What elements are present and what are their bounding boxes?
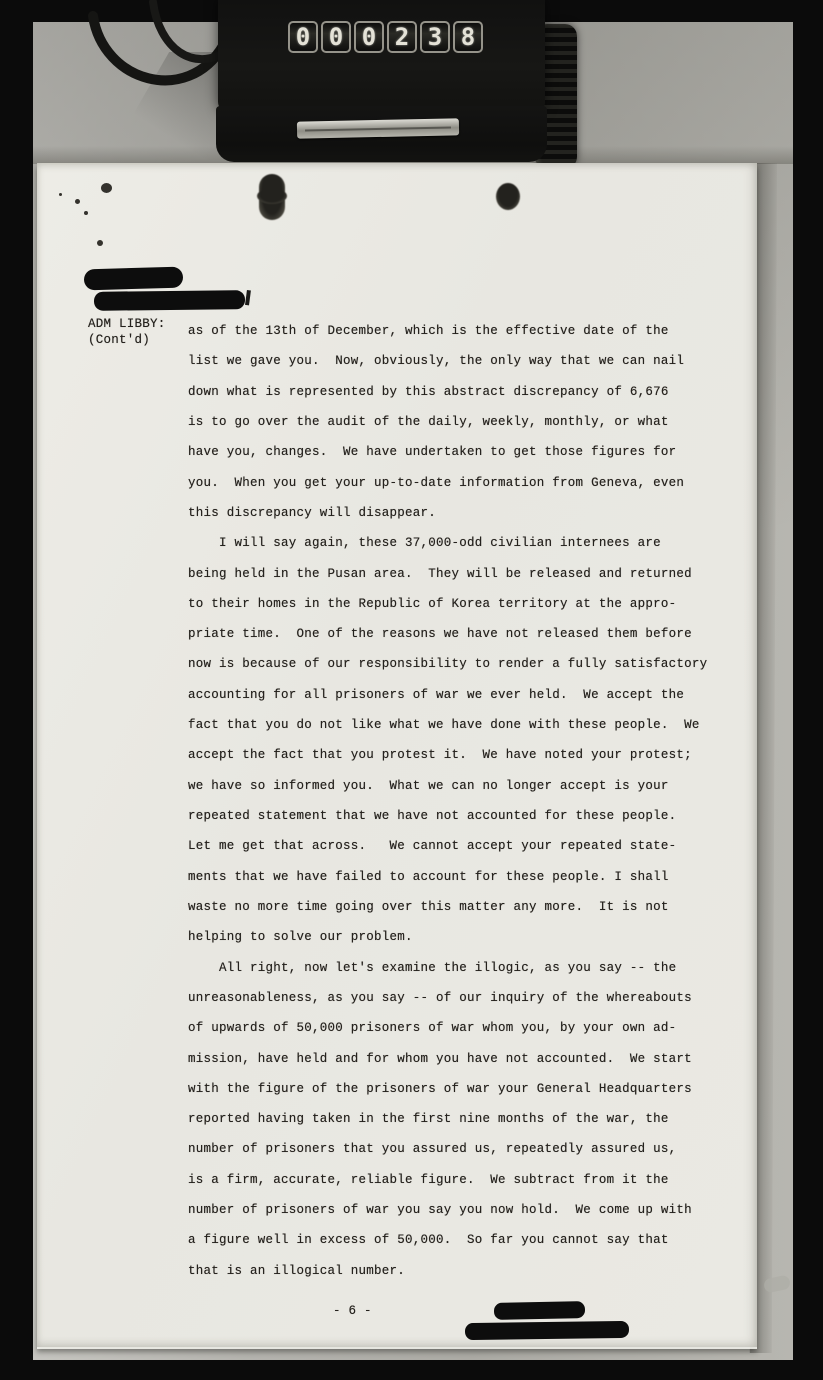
- page-number: - 6 -: [333, 1303, 372, 1319]
- redaction-bar: [84, 267, 184, 291]
- redaction-bar: [494, 1301, 585, 1320]
- speaker-label: ADM LIBBY:(Cont'd): [88, 316, 166, 348]
- typed-line: is a firm, accurate, reliable figure. We…: [188, 1165, 728, 1195]
- typed-line: a figure well in excess of 50,000. So fa…: [188, 1225, 728, 1255]
- ink-speck: [75, 199, 80, 204]
- typed-line: helping to solve our problem.: [188, 922, 728, 952]
- typed-line: have you, changes. We have undertaken to…: [188, 437, 728, 467]
- counter-digit: 2: [387, 21, 417, 53]
- typed-line: now is because of our responsibility to …: [188, 649, 728, 679]
- document-page: ADM LIBBY:(Cont'd) as of the 13th of Dec…: [37, 163, 757, 1347]
- typed-line: ments that we have failed to account for…: [188, 862, 728, 892]
- frame-counter-device: 000238: [218, 0, 545, 112]
- photo-stage: 000238 ADM LIBBY:(Cont'd) as of the 13th…: [0, 0, 823, 1380]
- counter-digit: 8: [453, 21, 483, 53]
- typed-line: waste no more time going over this matte…: [188, 892, 728, 922]
- typed-line: down what is represented by this abstrac…: [188, 377, 728, 407]
- ink-speck: [101, 183, 112, 193]
- speaker-name: ADM LIBBY:: [88, 317, 166, 331]
- typed-body: as of the 13th of December, which is the…: [188, 316, 728, 1286]
- fastener-hole-left: [259, 174, 285, 220]
- typed-line: you. When you get your up-to-date inform…: [188, 468, 728, 498]
- typed-line: as of the 13th of December, which is the…: [188, 316, 728, 346]
- typed-line: accounting for all prisoners of war we e…: [188, 680, 728, 710]
- typed-line: mission, have held and for whom you have…: [188, 1044, 728, 1074]
- typed-line: we have so informed you. What we can no …: [188, 771, 728, 801]
- typed-line: reported having taken in the first nine …: [188, 1104, 728, 1134]
- typed-line: list we gave you. Now, obviously, the on…: [188, 346, 728, 376]
- ink-speck: [97, 240, 103, 246]
- typed-line: accept the fact that you protest it. We …: [188, 740, 728, 770]
- counter-digit: 0: [288, 21, 318, 53]
- counter-digit: 0: [354, 21, 384, 53]
- typed-line: to their homes in the Republic of Korea …: [188, 589, 728, 619]
- typed-line: All right, now let's examine the illogic…: [188, 953, 728, 983]
- counter-digit: 0: [321, 21, 351, 53]
- typed-line: being held in the Pusan area. They will …: [188, 559, 728, 589]
- counter-digits: 000238: [288, 21, 483, 53]
- typed-line: number of prisoners that you assured us,…: [188, 1134, 728, 1164]
- typed-line: priate time. One of the reasons we have …: [188, 619, 728, 649]
- ink-speck: [84, 211, 88, 215]
- ink-speck: [59, 193, 62, 196]
- typed-line: this discrepancy will disappear.: [188, 498, 728, 528]
- typed-line: Let me get that across. We cannot accept…: [188, 831, 728, 861]
- typed-line: with the figure of the prisoners of war …: [188, 1074, 728, 1104]
- redaction-bar: [465, 1321, 629, 1340]
- fastener-hole-right: [496, 183, 520, 210]
- counter-base: [216, 106, 547, 162]
- typed-line: that is an illogical number.: [188, 1256, 728, 1286]
- typed-line: I will say again, these 37,000-odd civil…: [188, 528, 728, 558]
- speaker-continuation: (Cont'd): [88, 333, 150, 347]
- typed-line: is to go over the audit of the daily, we…: [188, 407, 728, 437]
- counter-digit: 3: [420, 21, 450, 53]
- typed-line: number of prisoners of war you say you n…: [188, 1195, 728, 1225]
- typed-line: fact that you do not like what we have d…: [188, 710, 728, 740]
- typed-line: of upwards of 50,000 prisoners of war wh…: [188, 1013, 728, 1043]
- redaction-bar: [94, 290, 245, 311]
- counter-label-plate: [297, 118, 459, 138]
- typed-line: unreasonableness, as you say -- of our i…: [188, 983, 728, 1013]
- typed-line: repeated statement that we have not acco…: [188, 801, 728, 831]
